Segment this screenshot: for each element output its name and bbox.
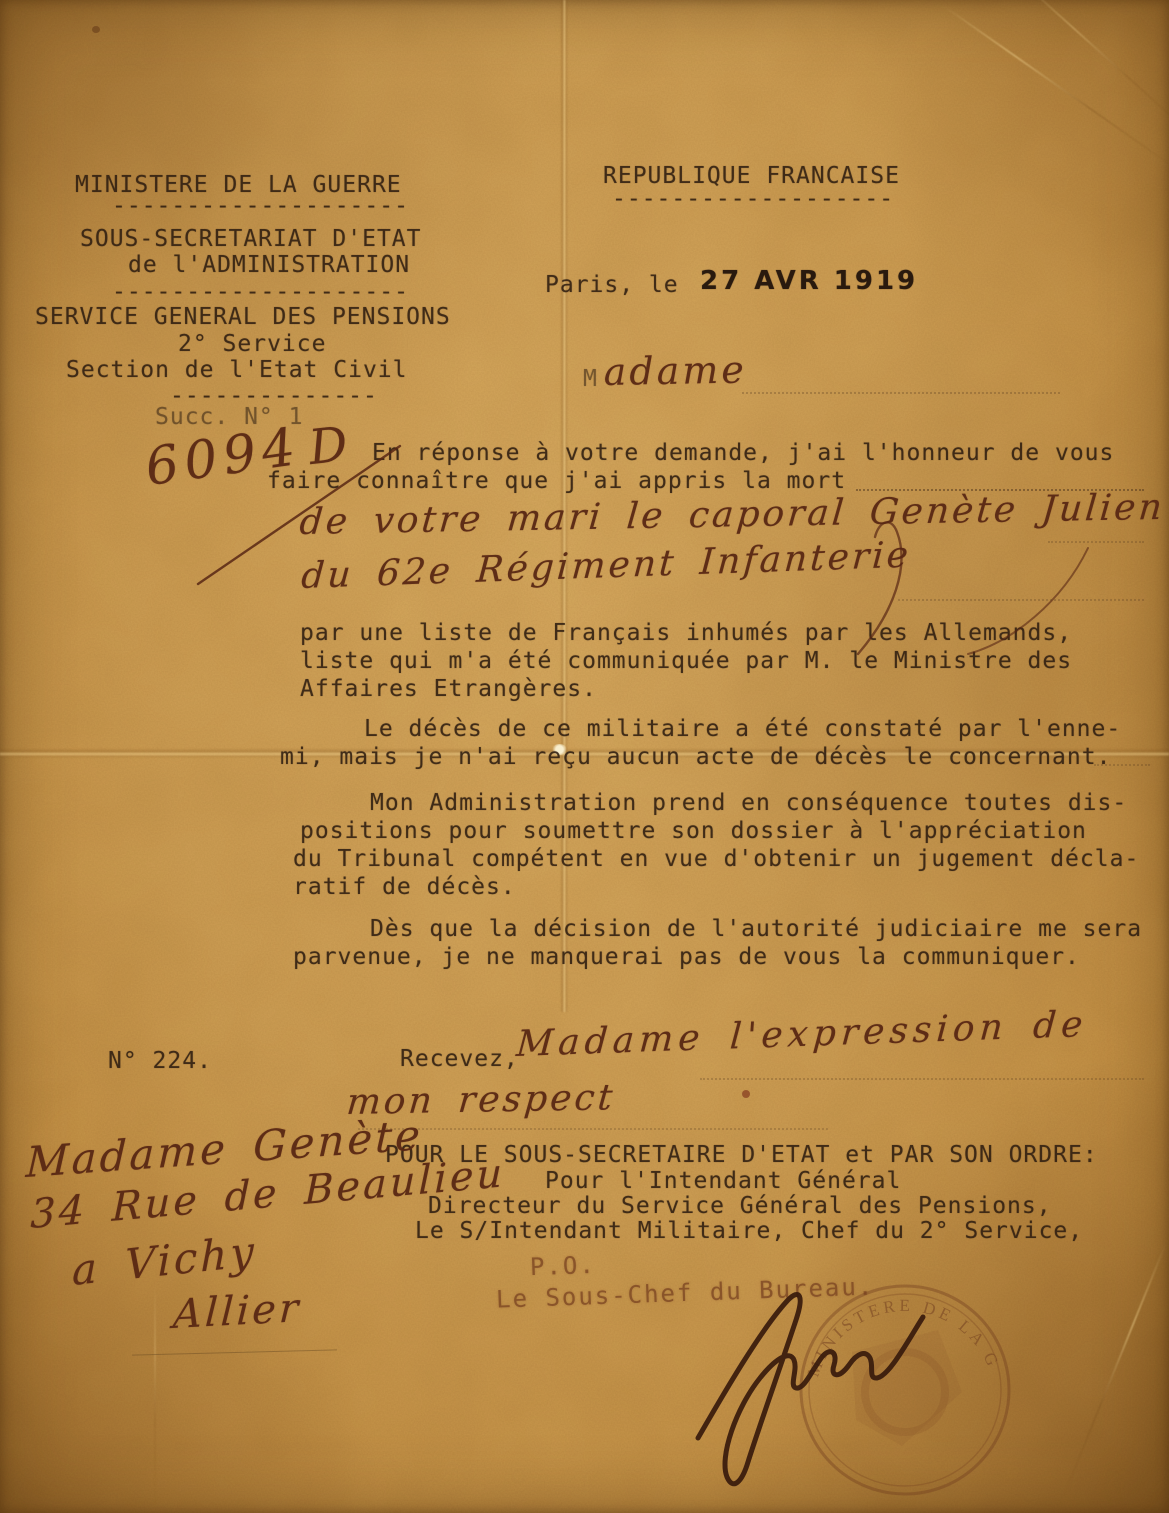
official-round-stamp: MINISTERE DE LA GUERRE — [0, 0, 1009, 1494]
round-stamp-text: MINISTERE DE LA GUERRE — [0, 0, 1004, 1379]
ink-strokes-overlay: MINISTERE DE LA GUERRE — [0, 0, 1169, 1513]
reference-slash — [198, 446, 400, 584]
svg-text:MINISTERE DE LA GUERRE: MINISTERE DE LA GUERRE — [0, 0, 1004, 1379]
infanterie-flourish — [858, 522, 901, 654]
letter-document: MINISTERE DE LA GUERRE -----------------… — [0, 0, 1169, 1513]
julien-flourish — [968, 548, 1088, 654]
